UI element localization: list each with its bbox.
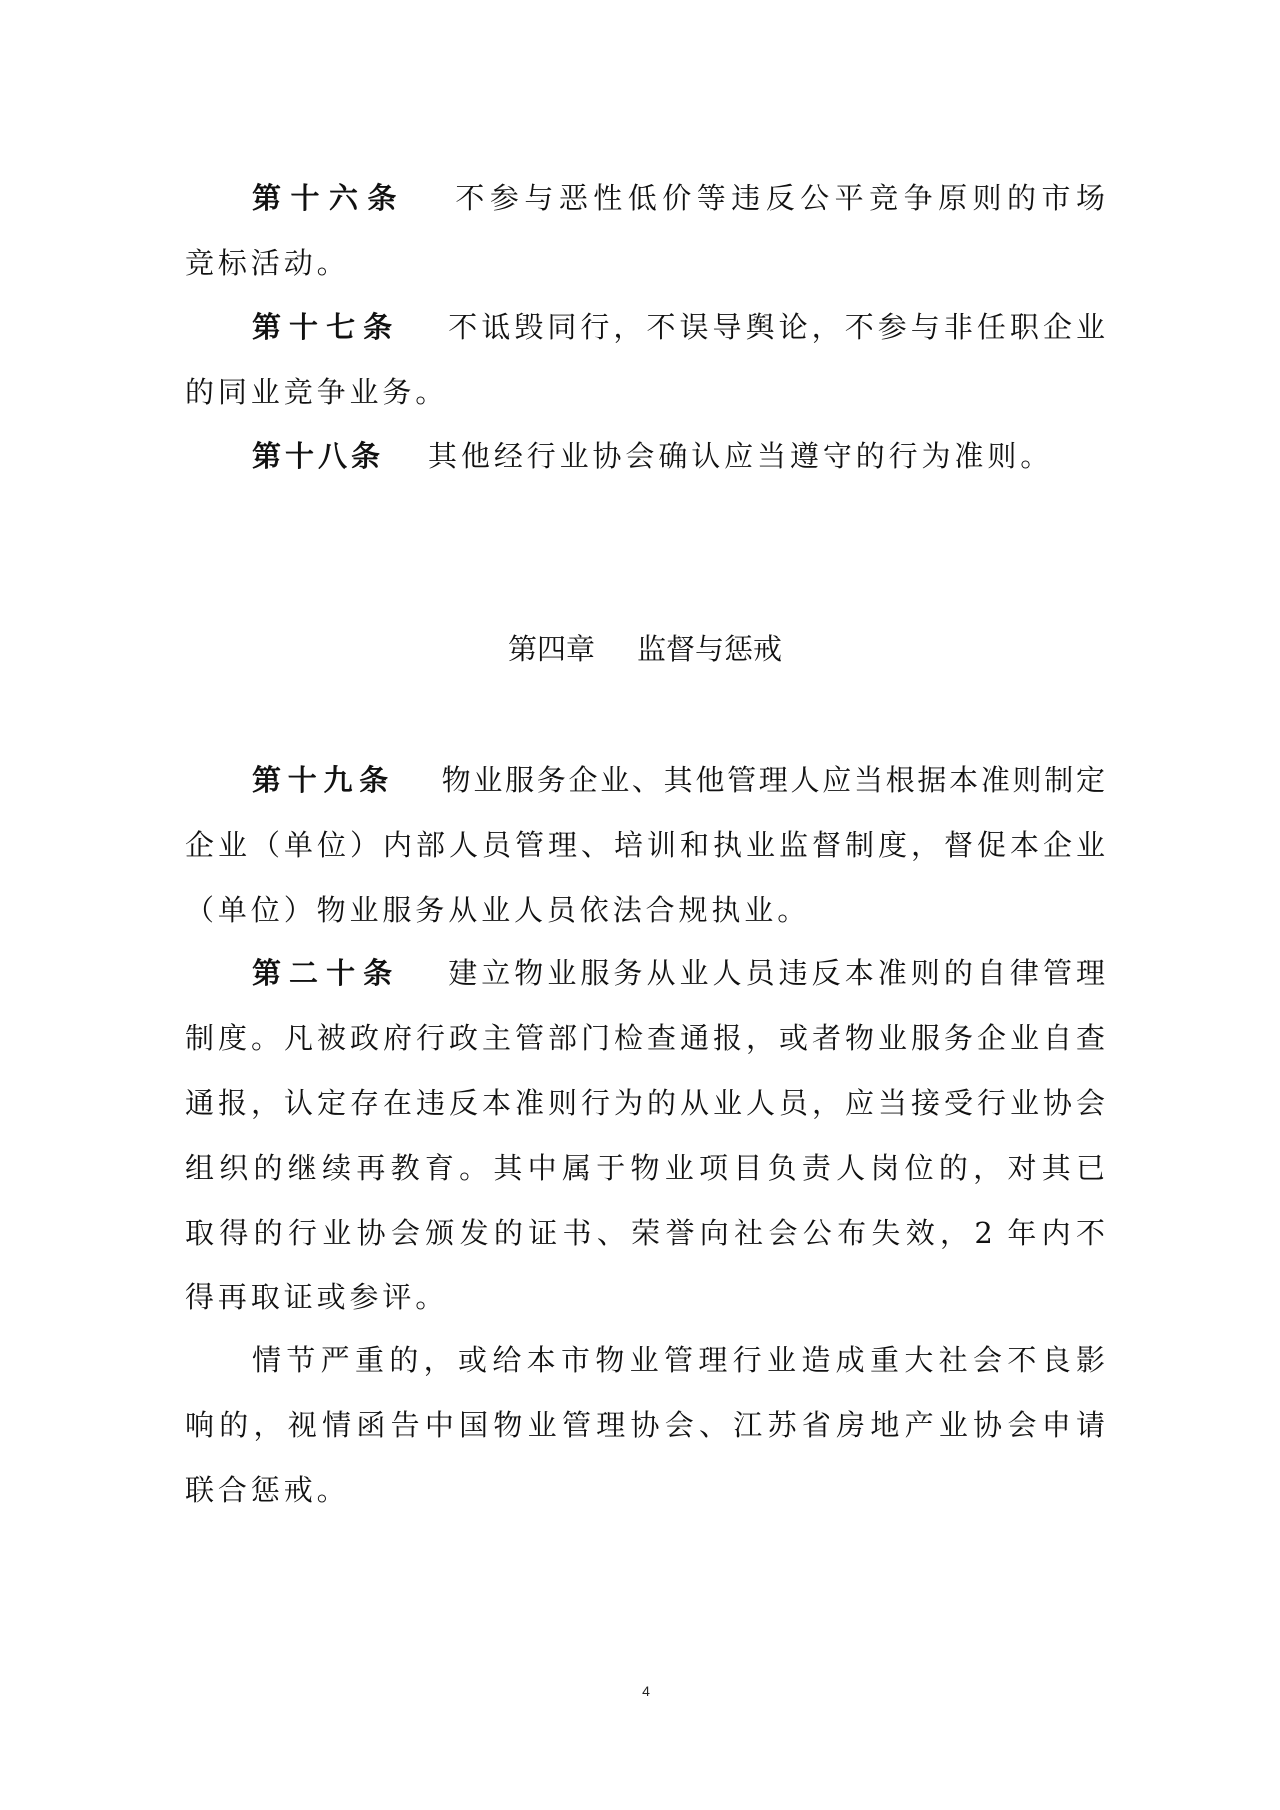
- paragraph-penalty-line-3: 联合惩戒。: [185, 1458, 1105, 1522]
- article-label: 第十九条: [252, 763, 395, 797]
- chapter-title: 监督与惩戒: [637, 632, 782, 666]
- article-label: 第十七条: [252, 310, 400, 344]
- article-16-line-2: 竞标活动。: [185, 231, 1105, 295]
- article-text: 物业服务企业、其他管理人应当根据本准则制定: [439, 763, 1105, 797]
- paragraph-penalty-line-1: 情节严重的，或给本市物业管理行业造成重大社会不良影: [252, 1328, 1105, 1392]
- article-20-line-5: 取得的行业协会颁发的证书、荣誉向社会公布失效，2 年内不: [185, 1201, 1105, 1265]
- article-17-line-1: 第十七条不诋毁同行，不误导舆论，不参与非任职企业: [252, 295, 1105, 359]
- article-20-line-3: 通报，认定存在违反本准则行为的从业人员，应当接受行业协会: [185, 1071, 1105, 1135]
- article-text: 不参与恶性低价等违反公平竞争原则的市场: [450, 181, 1105, 215]
- article-20-line-2: 制度。凡被政府行政主管部门检查通报，或者物业服务企业自查: [185, 1006, 1105, 1070]
- chapter-number: 第四章: [508, 632, 595, 666]
- article-19-line-1: 第十九条物业服务企业、其他管理人应当根据本准则制定: [252, 748, 1105, 812]
- article-label: 第二十条: [252, 956, 400, 990]
- article-17-line-2: 的同业竞争业务。: [185, 360, 1105, 424]
- document-page: 第十六条不参与恶性低价等违反公平竞争原则的市场 竞标活动。 第十七条不诋毁同行，…: [0, 0, 1280, 1810]
- article-label: 第十六条: [252, 181, 406, 215]
- article-text: 建立物业服务从业人员违反本准则的自律管理: [444, 956, 1105, 990]
- article-20-line-6: 得再取证或参评。: [185, 1265, 1105, 1329]
- chapter-heading: 第四章监督与惩戒: [0, 617, 1280, 681]
- article-16-line-1: 第十六条不参与恶性低价等违反公平竞争原则的市场: [252, 166, 1105, 230]
- article-text: 其他经行业协会确认应当遵守的行为准则。: [428, 439, 1053, 473]
- article-18-line-1: 第十八条其他经行业协会确认应当遵守的行为准则。: [252, 424, 1105, 488]
- article-text: 不诋毁同行，不误导舆论，不参与非任职企业: [444, 310, 1105, 344]
- paragraph-penalty-line-2: 响的，视情函告中国物业管理协会、江苏省房地产业协会申请: [185, 1393, 1105, 1457]
- article-20-line-1: 第二十条建立物业服务从业人员违反本准则的自律管理: [252, 941, 1105, 1005]
- article-19-line-3: （单位）物业服务从业人员依法合规执业。: [185, 878, 1105, 942]
- article-label: 第十八条: [252, 439, 384, 473]
- page-number: 4: [0, 1683, 1280, 1699]
- article-19-line-2: 企业（单位）内部人员管理、培训和执业监督制度，督促本企业: [185, 813, 1105, 877]
- article-20-line-4: 组织的继续再教育。其中属于物业项目负责人岗位的，对其已: [185, 1136, 1105, 1200]
